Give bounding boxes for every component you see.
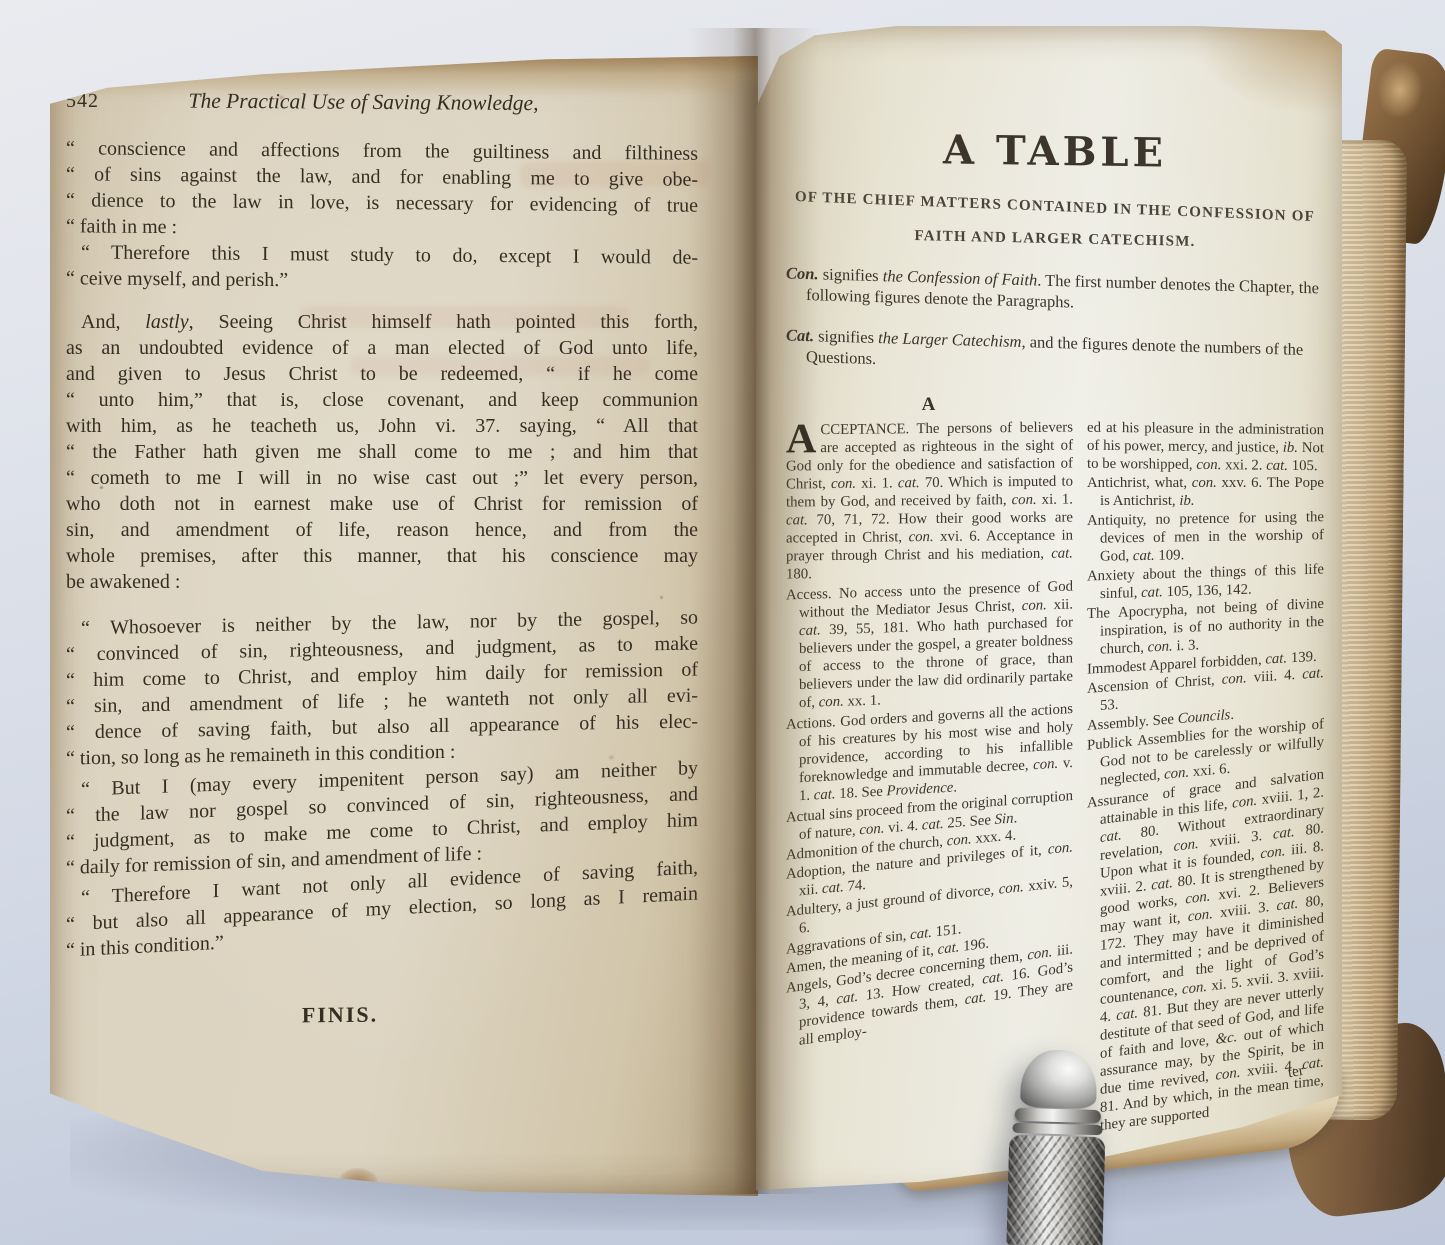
index-entry: Access. No access unto the presence of G…: [786, 577, 1073, 712]
body-line: as an undoubted evidence of a man electe…: [66, 335, 698, 361]
drop-cap: A: [786, 421, 820, 456]
index-columns: ACCEPTANCE. The persons of believers are…: [786, 420, 1324, 1122]
handle-knurled-shaft: [1006, 1135, 1105, 1245]
running-header: 542 The Practical Use of Saving Knowledg…: [66, 88, 698, 122]
index-entry: ACCEPTANCE. The persons of believers are…: [786, 418, 1073, 583]
body-line: be awakened :: [66, 569, 698, 595]
body-line: with him, as he teacheth us, John vi. 37…: [66, 413, 698, 439]
usage-note: Cat. signifies the Larger Catechism, and…: [786, 324, 1324, 381]
obscured-text-fragment: ter: [1287, 1063, 1306, 1082]
body-line: whole premises, after this manner, that …: [66, 543, 698, 569]
right-page: A TABLE OF THE CHIEF MATTERS CONTAINED I…: [756, 26, 1342, 1190]
body-line: who doth not in earnest make use of Chri…: [66, 491, 698, 517]
book-photo-scene: 542 The Practical Use of Saving Knowledg…: [0, 0, 1445, 1245]
index-entry: ed at his pleasure in the administration…: [1087, 419, 1324, 475]
body-line: “ cometh to me I will in no wise cast ou…: [66, 465, 698, 491]
handle-ring: [1015, 1108, 1101, 1123]
body-line: And, lastly, Seeing Christ himself hath …: [66, 309, 698, 335]
table-subtitle-line1: OF THE CHIEF MATTERS CONTAINED IN THE CO…: [786, 189, 1324, 227]
index-entry: Antiquity, no pretence for using the dev…: [1087, 508, 1324, 566]
body-line: sin, and amendment of life, reason hence…: [66, 517, 698, 543]
body-line: “ unto him,” that is, close covenant, an…: [66, 387, 698, 413]
body-text: “ conscience and affections from the gui…: [66, 138, 698, 948]
body-line: “ the Father hath given me shall come to…: [66, 439, 698, 465]
table-title: A TABLE: [786, 124, 1324, 179]
left-page-content: 542 The Practical Use of Saving Knowledg…: [66, 90, 698, 1028]
body-line: and given to Jesus Christ to be redeemed…: [66, 361, 698, 387]
finis-label: FINIS.: [24, 999, 656, 1032]
note-lead: Con.: [786, 263, 819, 283]
left-page: 542 The Practical Use of Saving Knowledg…: [50, 56, 758, 1196]
usage-notes: Con. signifies the Confession of Faith. …: [786, 270, 1324, 374]
index-entry: Antichrist, what, con. xxv. 6. The Pope …: [1087, 474, 1324, 510]
running-title: The Practical Use of Saving Knowledge,: [99, 88, 698, 117]
table-subtitle-line2: FAITH AND LARGER CATECHISM.: [786, 225, 1324, 253]
body-line: “ ceive myself, and perish.”: [66, 265, 698, 297]
usage-note: Con. signifies the Confession of Faith. …: [786, 262, 1324, 319]
foxing-specks: [50, 56, 53, 59]
index-column-left: ACCEPTANCE. The persons of believers are…: [786, 420, 1073, 1122]
index-column-right: ed at his pleasure in the administration…: [1087, 420, 1324, 1122]
section-letter-a: A: [786, 394, 1071, 416]
right-page-content: A TABLE OF THE CHIEF MATTERS CONTAINED I…: [786, 26, 1324, 1122]
handle-ring: [1012, 1123, 1102, 1135]
silver-handle-object: [1005, 1049, 1108, 1245]
page-number: 542: [66, 90, 99, 113]
handle-dome-cap: [1020, 1049, 1097, 1109]
note-lead: Cat.: [786, 325, 814, 345]
